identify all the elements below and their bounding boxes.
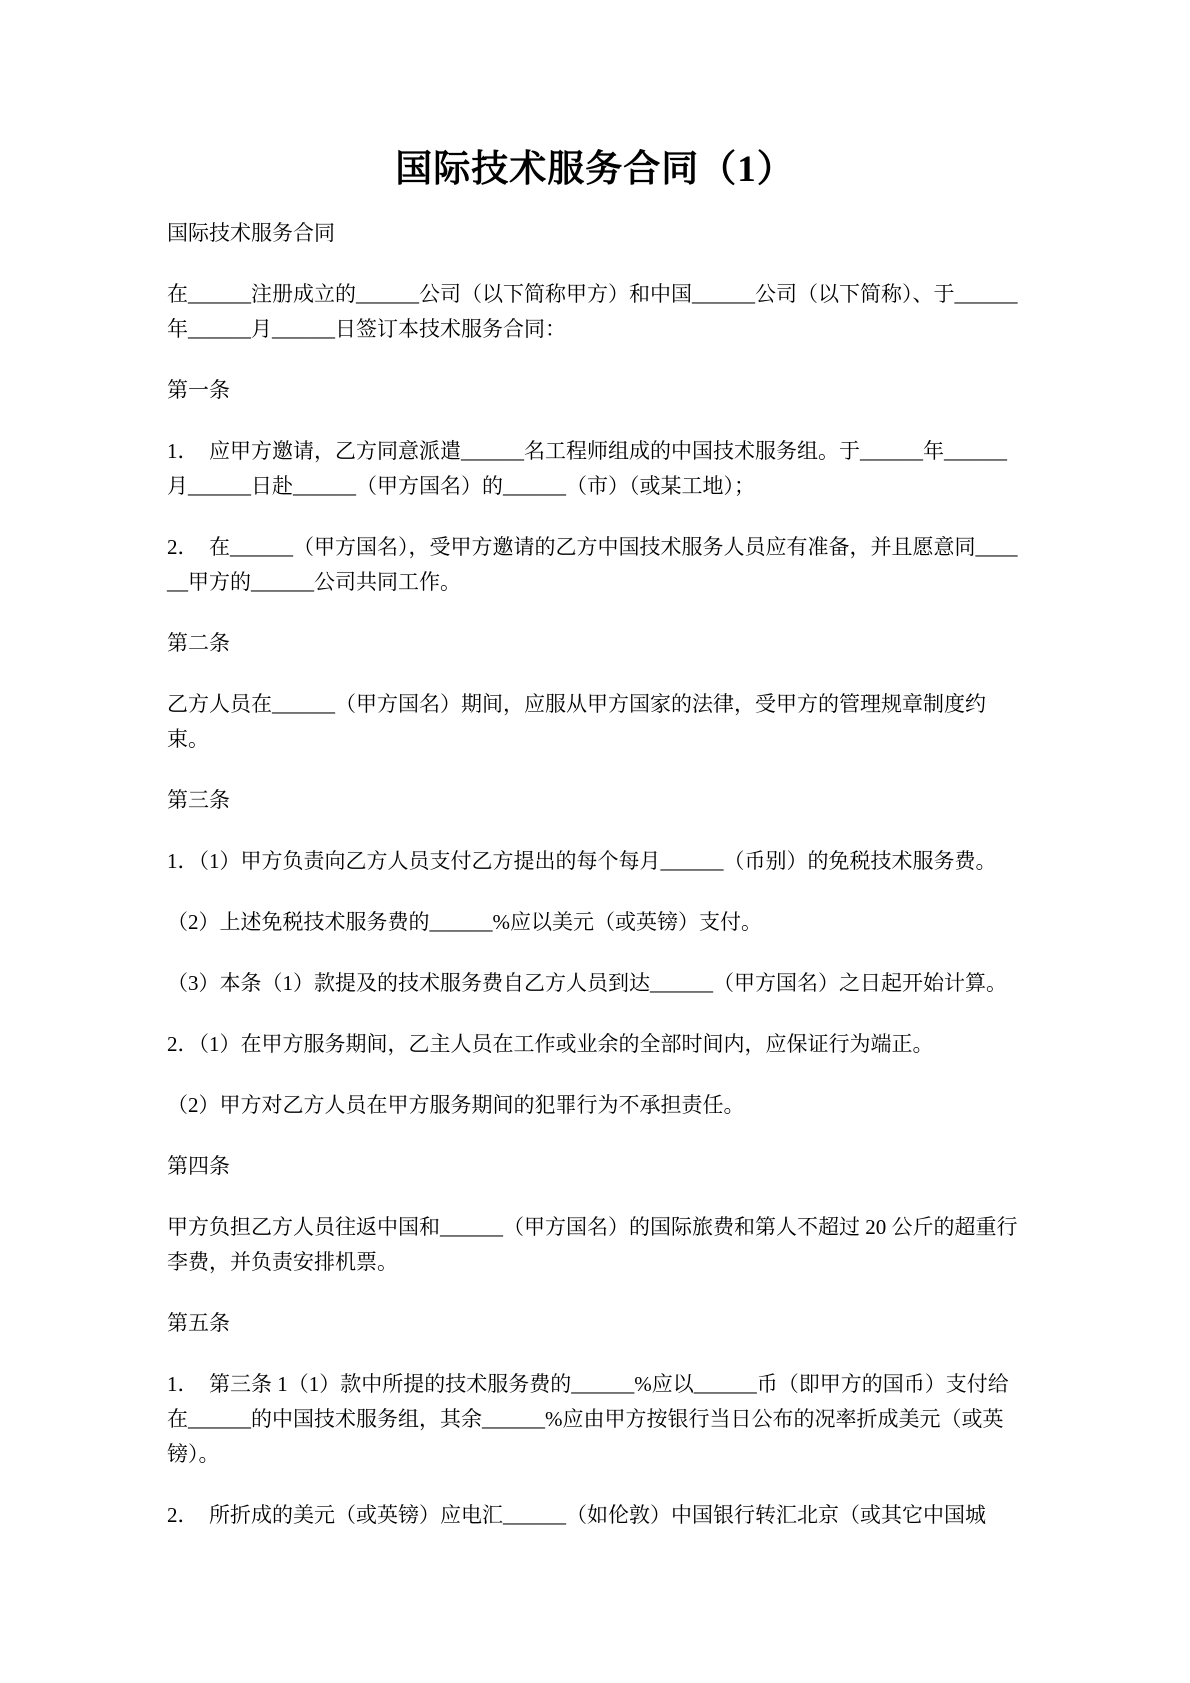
article-4-heading: 第四条 [167, 1149, 1023, 1184]
article-1-item-2: 2． 在______（甲方国名），受甲方邀请的乙方中国技术服务人员应有准备，并且… [167, 530, 1023, 600]
article-5-item-2: 2． 所折成的美元（或英镑）应电汇______（如伦敦）中国银行转汇北京（或其它… [167, 1498, 1023, 1533]
article-3-heading: 第三条 [167, 783, 1023, 818]
doc-subtitle: 国际技术服务合同 [167, 216, 1023, 251]
article-2-heading: 第二条 [167, 626, 1023, 661]
article-3-item-2-2: （2）甲方对乙方人员在甲方服务期间的犯罪行为不承担责任。 [167, 1088, 1023, 1123]
article-3-item-1-3: （3）本条（1）款提及的技术服务费自乙方人员到达______（甲方国名）之日起开… [167, 966, 1023, 1001]
document-page: 国际技术服务合同（1） 国际技术服务合同 在______注册成立的______公… [0, 0, 1190, 1683]
article-1-item-1: 1． 应甲方邀请，乙方同意派遣______名工程师组成的中国技术服务组。于___… [167, 434, 1023, 504]
article-2-paragraph: 乙方人员在______（甲方国名）期间，应服从甲方国家的法律，受甲方的管理规章制… [167, 687, 1023, 757]
article-3-item-1-1: 1．（1）甲方负责向乙方人员支付乙方提出的每个每月______（币别）的免税技术… [167, 844, 1023, 879]
article-4-paragraph: 甲方负担乙方人员往返中国和______（甲方国名）的国际旅费和第人不超过 20 … [167, 1210, 1023, 1280]
intro-paragraph: 在______注册成立的______公司（以下简称甲方）和中国______公司（… [167, 277, 1023, 347]
article-5-heading: 第五条 [167, 1306, 1023, 1341]
article-3-item-1-2: （2）上述免税技术服务费的______%应以美元（或英镑）支付。 [167, 905, 1023, 940]
article-5-item-1: 1． 第三条 1（1）款中所提的技术服务费的______%应以______币（即… [167, 1367, 1023, 1472]
article-1-heading: 第一条 [167, 373, 1023, 408]
article-3-item-2-1: 2．（1）在甲方服务期间，乙主人员在工作或业余的全部时间内，应保证行为端正。 [167, 1027, 1023, 1062]
doc-title: 国际技术服务合同（1） [167, 146, 1023, 194]
